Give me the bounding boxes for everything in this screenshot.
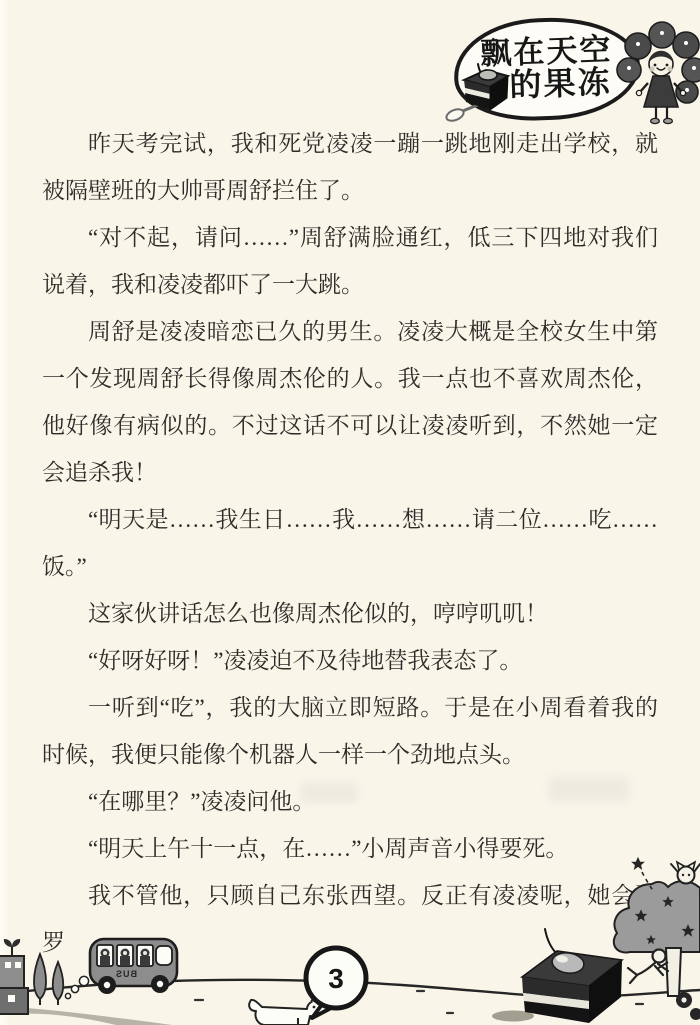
story-paragraph: 这家伙讲话怎么也像周杰伦似的，哼哼叽叽！ bbox=[42, 590, 658, 637]
cypress-tree-icon bbox=[34, 954, 63, 1005]
bus-windshield bbox=[156, 946, 172, 965]
bus-label: BUS bbox=[115, 969, 137, 979]
book-page: 飘在天空 的果冻 bbox=[0, 0, 700, 1025]
jelly-dome bbox=[479, 70, 497, 80]
jumping-boy-icon bbox=[628, 950, 668, 984]
building-icon bbox=[0, 939, 28, 1014]
star-icon bbox=[631, 857, 645, 870]
story-paragraph: “对不起，请问……”周舒满脸通红，低三下四地对我们说着，我和凌凌都吓了一大跳。 bbox=[42, 214, 658, 308]
story-paragraph: 昨天考完试，我和死党凌凌一蹦一跳地刚走出学校，就被隔壁班的大帅哥周舒拦住了。 bbox=[42, 120, 658, 214]
story-paragraph: 周舒是凌凌暗恋已久的男生。凌凌大概是全校女生中第一个发现周舒长得像周杰伦的人。我… bbox=[42, 308, 658, 496]
bus-icon: BUS bbox=[90, 939, 177, 994]
girl-cheek-left bbox=[649, 66, 654, 71]
story-paragraph: 一听到“吃”，我的大脑立即短路。于是在小周看着我的时候，我便只能像个机器人一样一… bbox=[42, 684, 658, 778]
flower-girl-icon bbox=[598, 14, 700, 130]
girl-eye-right bbox=[666, 64, 669, 67]
girl-shoe-right bbox=[664, 118, 673, 123]
girl-eye-left bbox=[654, 64, 657, 67]
bus-passengers bbox=[100, 949, 150, 967]
story-paragraph: “在哪里？”凌凌问他。 bbox=[42, 778, 658, 825]
story-paragraph: “明天是……我生日……我……想……请二位……吃……饭。” bbox=[42, 496, 658, 590]
footer-scene: BUS bbox=[0, 850, 700, 1025]
story-text: 昨天考完试，我和死党凌凌一蹦一跳地刚走出学校，就被隔壁班的大帅哥周舒拦住了。 “… bbox=[42, 120, 658, 966]
story-paragraph: “好呀好呀！”凌凌迫不及待地替我表态了。 bbox=[42, 637, 658, 684]
story-logo: 飘在天空 的果冻 bbox=[440, 12, 700, 130]
dog-icon bbox=[249, 996, 322, 1025]
cat-icon bbox=[671, 862, 700, 884]
cake-icon bbox=[492, 929, 622, 1023]
girl-dress bbox=[644, 76, 678, 107]
cherry-stem bbox=[545, 929, 557, 954]
dog-eye bbox=[313, 1006, 316, 1009]
girl-cheek-right bbox=[667, 66, 672, 71]
page-number: 3 bbox=[328, 963, 344, 994]
wheel-icon-small bbox=[690, 1008, 700, 1020]
